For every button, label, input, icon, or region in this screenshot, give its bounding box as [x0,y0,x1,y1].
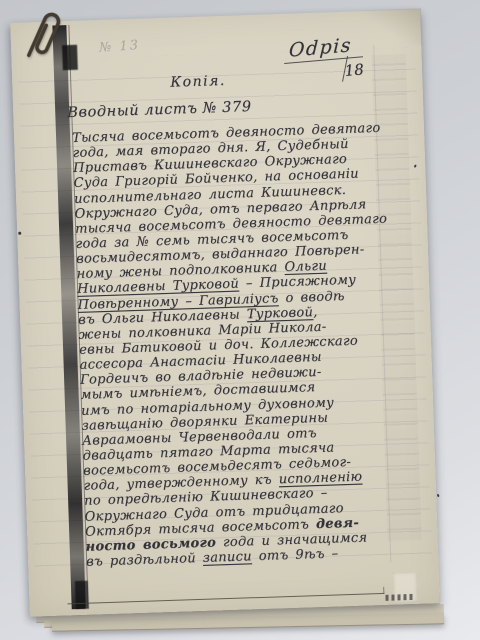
bottom-frame-line [68,593,385,605]
copy-heading: Копія. [170,73,226,91]
odpis-annotation: Odpis 18 [284,33,367,85]
pencil-number-note: № 13 [99,38,141,56]
bottom-frame-tick [383,587,384,594]
odpis-label: Odpis [284,33,364,64]
stamp-marks [385,594,413,601]
photographed-document-scene: № 13 Odpis 18 Копія. Вводный листъ № 379… [0,0,480,640]
ink-speck [437,494,440,498]
corner-fold-shade [359,8,422,46]
manuscript-body: Тысяча восемьсотъ девяносто девятагогода… [72,120,404,569]
odpis-number: 18 [344,60,363,79]
ink-speck [18,232,21,235]
document-page: № 13 Odpis 18 Копія. Вводный листъ № 379… [10,9,439,616]
